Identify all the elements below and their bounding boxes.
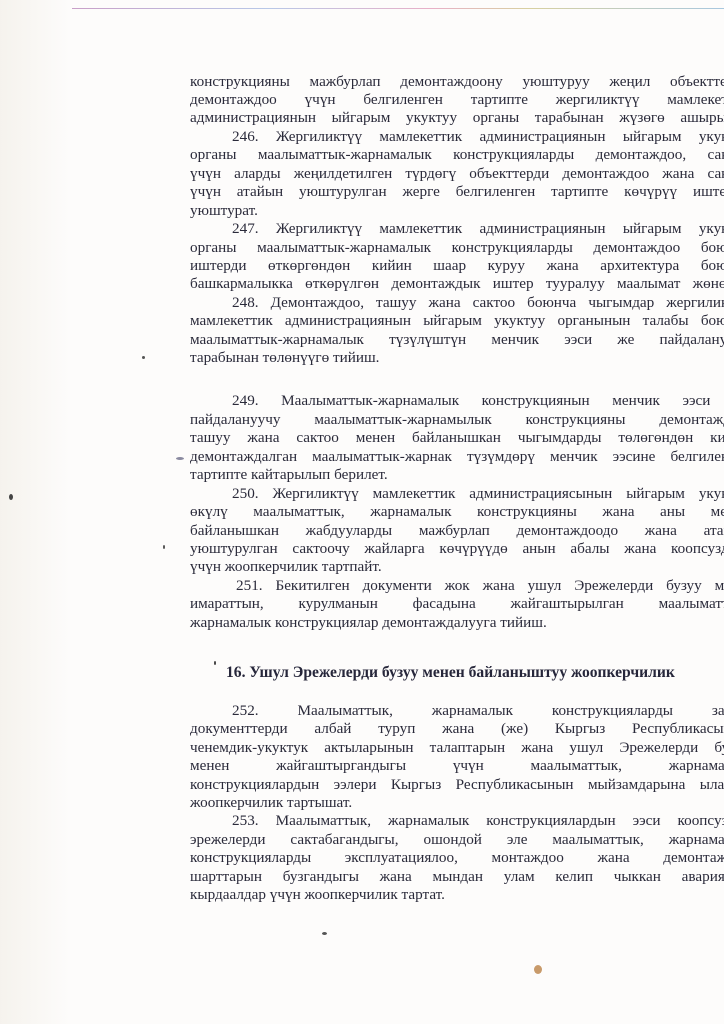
text-line: үчүн аларды жеңилдетилген түрдөгү объект… — [190, 164, 724, 183]
text-line: шарттарын бузгандыгы жана мындан улам ке… — [190, 867, 724, 886]
text-line: жоопкерчилик тартышат. — [190, 793, 352, 812]
text-line: демонтаждоо үчүн белгиленген тартипте же… — [190, 90, 724, 109]
text-line: конструкцияны мажбурлап демонтаждоону ую… — [190, 72, 724, 91]
scan-speck — [214, 661, 216, 665]
text-line: байланышкан жабдууларды мажбурлап демонт… — [190, 521, 724, 540]
text-line: органы маалыматтык-жарнамалык конструкци… — [190, 145, 724, 164]
text-line: башкармалыкка өткөрүлгөн демонтаждык ишт… — [190, 274, 724, 293]
section-heading: 16. Ушул Эрежелерди бузуу менен байланыш… — [226, 664, 675, 682]
text-line: имараттын, курулманын фасадына жайгаштыр… — [190, 594, 724, 613]
paragraph-250-first-line: 250. Жергиликтүү мамлекеттик администрац… — [232, 484, 724, 503]
text-line: өкүлү маалыматтык, жарнамалык конструкци… — [190, 502, 724, 521]
scan-speck — [142, 356, 145, 359]
text-line: администрациянын ыйгарым укуктуу органы … — [190, 108, 724, 127]
top-scan-edge-line — [72, 8, 724, 9]
paragraph-249-first-line: 249. Маалыматтык-жарнамалык конструкциян… — [232, 391, 724, 410]
paragraph-253-first-line: 253. Маалыматтык, жарнамалык конструкция… — [232, 811, 724, 830]
text-line: ташуу жана сактоо менен байланышкан чыгы… — [190, 428, 724, 447]
text-line: тартипте кайтарылып берилет. — [190, 465, 388, 484]
paragraph-246-first-line: 246. Жергиликтүү мамлекеттик администрац… — [232, 127, 724, 146]
paragraph-251-first-line: 251. Бекитилген документи жок жана ушул … — [236, 576, 724, 595]
text-line: ченемдик-укуктук актыларынын талаптарын … — [190, 738, 724, 757]
text-line: менен жайгаштыргандыгы үчүн маалыматтык,… — [190, 756, 724, 775]
paragraph-248-first-line: 248. Демонтаждоо, ташуу жана сактоо боюн… — [232, 293, 724, 312]
text-line: пайдалануучу маалыматтык-жарнамылык конс… — [190, 410, 724, 429]
text-line: органы маалыматтык-жарнамалык конструкци… — [190, 238, 724, 257]
text-line: демонтаждалган маалыматтык-жарнак түзүмд… — [190, 447, 724, 466]
text-line: маалыматтык-жарнамалык түзүлүштүн менчик… — [190, 330, 724, 349]
text-line: уюштурулган сактоочу жайларга көчүрүүдө … — [190, 539, 724, 558]
scan-speck — [163, 545, 165, 549]
text-line: жарнамалык конструкциялар демонтаждалууг… — [190, 613, 547, 632]
text-line: уюштурат. — [190, 201, 258, 220]
stain-spot — [534, 965, 542, 974]
text-line: тарабынан төлөнүүгө тийиш. — [190, 348, 379, 367]
text-line: конструкцияларды эксплуатациялоо, монтаж… — [190, 848, 724, 867]
paragraph-252-first-line: 252. Маалыматтык, жарнамалык конструкция… — [232, 701, 724, 720]
text-line: конструкциялардын ээлери Кыргыз Республи… — [190, 775, 724, 794]
text-line: үчүн жоопкерчилик тартпайт. — [190, 557, 382, 576]
text-line: эрежелерди сактабагандыгы, ошондой эле м… — [190, 830, 724, 849]
scanned-document-page: конструкцияны мажбурлап демонтаждоону ую… — [0, 0, 724, 1024]
text-line: иштерди өткөргөндөн кийин шаар куруу жан… — [190, 256, 724, 275]
scan-speck — [9, 494, 13, 500]
text-line: кырдаалдар үчүн жоопкерчилик тартат. — [190, 885, 445, 904]
scan-speck — [176, 457, 184, 460]
scan-speck — [322, 932, 327, 935]
text-line: мамлекеттик администрациянын ыйгарым уку… — [190, 311, 724, 330]
left-margin-shadow — [0, 0, 70, 1024]
text-line: документтерди албай туруп жана (же) Кырг… — [190, 719, 724, 738]
paragraph-247-first-line: 247. Жергиликтүү мамлекеттик администрац… — [232, 219, 724, 238]
text-line: үчүн атайын уюштурулган жерге белгиленге… — [190, 182, 724, 201]
